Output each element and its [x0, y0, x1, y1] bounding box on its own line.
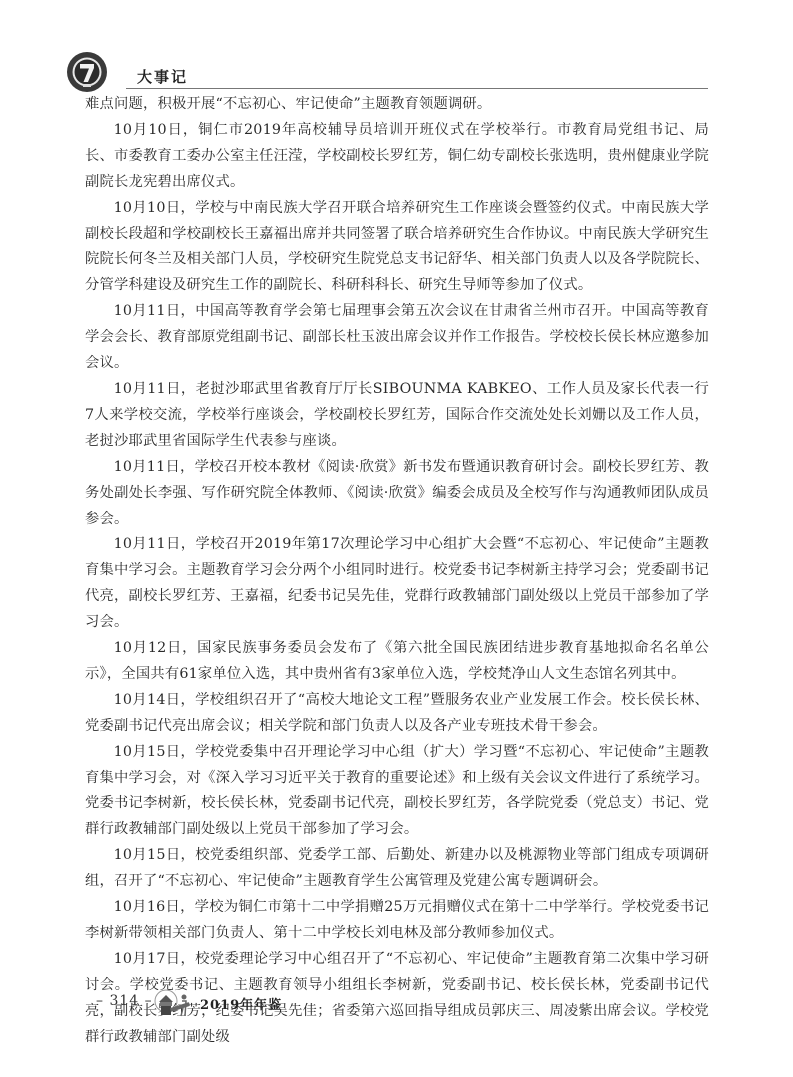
yearbook-title: 2019年年鉴 — [200, 994, 282, 1013]
paragraph: 10月11日，中国高等教育学会第七届理事会第五次会议在甘肃省兰州市召开。中国高等… — [85, 299, 709, 377]
page-footer: – 314 – 2019年年鉴 — [96, 988, 356, 1018]
paragraph: 10月10日，铜仁市2019年高校辅导员培训开班仪式在学校举行。市教育局党组书记… — [85, 118, 709, 196]
header-divider — [126, 88, 708, 89]
paragraph: 10月15日，学校党委集中召开理论学习中心组（扩大）学习暨“不忘初心、牢记使命”… — [85, 740, 709, 844]
university-seal-icon — [66, 51, 108, 93]
yearbook-mascot-icon — [154, 988, 196, 1018]
page-number: – 314 – — [96, 993, 153, 1009]
paragraph: 10月11日，学校召开2019年第17次理论学习中心组扩大会暨“不忘初心、牢记使… — [85, 532, 709, 636]
paragraph: 10月11日，学校召开校本教材《阅读·欣赏》新书发布暨通识教育研讨会。副校长罗红… — [85, 455, 709, 533]
paragraph: 10月14日，学校组织召开了“高校大地论文工程”暨服务农业产业发展工作会。校长侯… — [85, 688, 709, 740]
document-body: 难点问题，积极开展“不忘初心、牢记使命”主题教育领题调研。 10月10日，铜仁市… — [85, 92, 709, 1051]
paragraph: 难点问题，积极开展“不忘初心、牢记使命”主题教育领题调研。 — [85, 92, 709, 118]
section-title: 大事记 — [137, 66, 188, 87]
paragraph: 10月16日，学校为铜仁市第十二中学捐赠25万元捐赠仪式在第十二中学举行。学校党… — [85, 895, 709, 947]
paragraph: 10月10日，学校与中南民族大学召开联合培养研究生工作座谈会暨签约仪式。中南民族… — [85, 196, 709, 300]
paragraph: 10月11日，老挝沙耶武里省教育厅厅长SIBOUNMA KABKEO、工作人员及… — [85, 377, 709, 455]
paragraph: 10月12日，国家民族事务委员会发布了《第六批全国民族团结进步教育基地拟命名名单… — [85, 636, 709, 688]
page-header: 大事记 — [66, 50, 711, 94]
paragraph: 10月15日，校党委组织部、党委学工部、后勤处、新建办以及桃源物业等部门组成专项… — [85, 843, 709, 895]
